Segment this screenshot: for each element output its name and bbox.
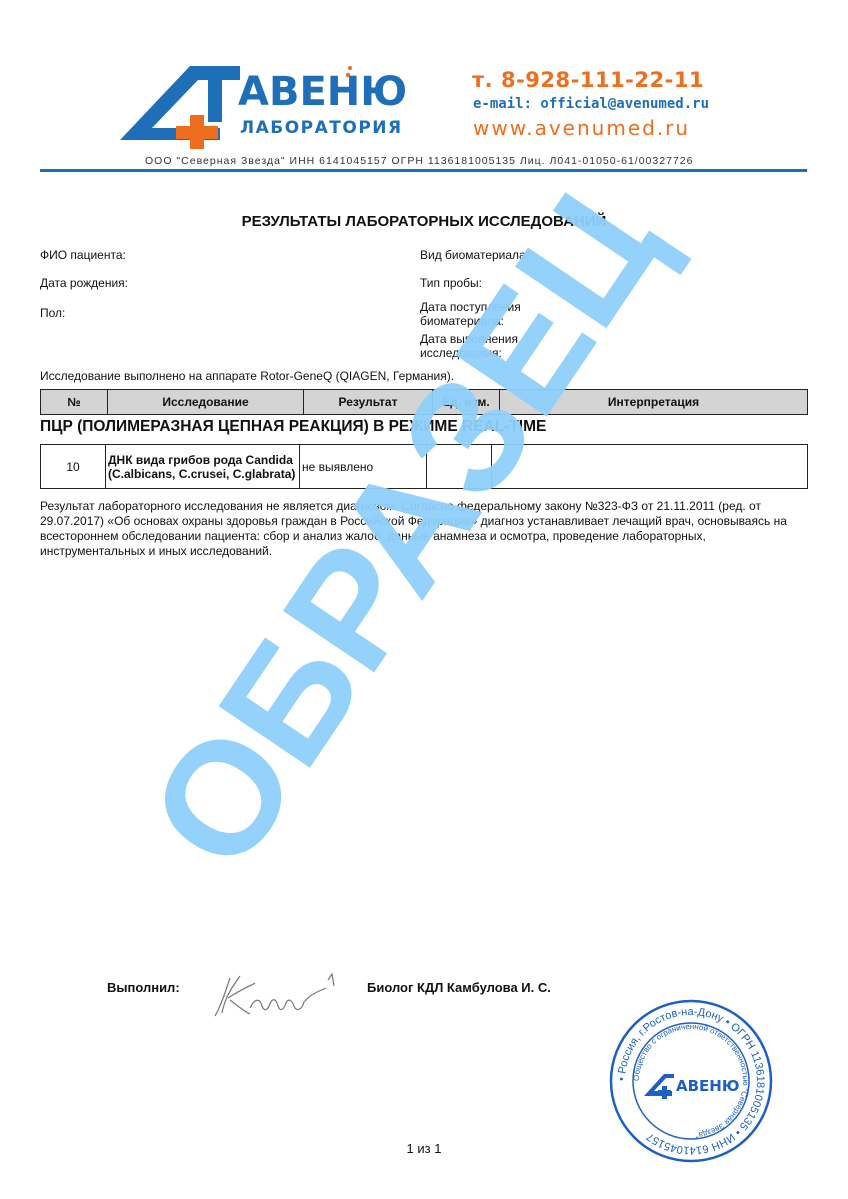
col-number: № [41,390,108,415]
brand-subtitle: ЛАБОРАТОРИЯ [240,118,403,138]
document-title: РЕЗУЛЬТАТЫ ЛАБОРАТОРНЫХ ИССЛЕДОВАНИЙ [0,213,848,230]
col-interpretation: Интерпретация [500,390,808,415]
cell-interpretation [492,445,808,489]
col-unit: Ед. изм. [433,390,500,415]
brand-name: АВЕНЮ [238,72,407,112]
field-birth-date: Дата рождения: [40,276,128,290]
cell-result: не выявлено [300,445,427,489]
svg-text:АВЕНЮ: АВЕНЮ [676,1077,739,1095]
field-sample-type: Тип пробы: [420,276,482,290]
page-number: 1 из 1 [0,1141,848,1156]
field-patient-name: ФИО пациента: [40,248,126,262]
contact-phone: т. 8-928-111-22-11 [472,68,704,92]
contact-email: e-mail: official@avenumed.ru [473,96,709,112]
header-divider [40,169,807,172]
results-table-header: № Исследование Результат Ед. изм. Интерп… [40,389,808,415]
field-sex: Пол: [40,306,65,320]
field-biomaterial-type: Вид биоматериала: [420,248,529,262]
cell-test: ДНК вида грибов рода Candida (C.albicans… [106,445,300,489]
contact-website: www.avenumed.ru [473,116,690,140]
col-result: Результат [304,390,433,415]
table-row: 10 ДНК вида грибов рода Candida (C.albic… [41,445,808,489]
equipment-note: Исследование выполнено на аппарате Rotor… [40,369,454,383]
field-completion-date: Дата выполнения исследования: [420,332,518,360]
disclaimer: Результат лабораторного исследования не … [40,499,810,559]
section-title: ПЦР (ПОЛИМЕРАЗНАЯ ЦЕПНАЯ РЕАКЦИЯ) В РЕЖИ… [40,418,546,436]
signature-label: Выполнил: [107,980,180,995]
results-table-body: 10 ДНК вида грибов рода Candida (C.albic… [40,444,808,489]
company-details: ООО "Северная Звезда" ИНН 6141045157 ОГР… [145,155,693,167]
field-receipt-date: Дата поступления биоматериала: [420,300,521,328]
cell-number: 10 [41,445,106,489]
col-test: Исследование [108,390,304,415]
signer-name: Биолог КДЛ Камбулова И. С. [367,980,551,995]
handwritten-signature [210,968,340,1023]
cell-unit [427,445,492,489]
